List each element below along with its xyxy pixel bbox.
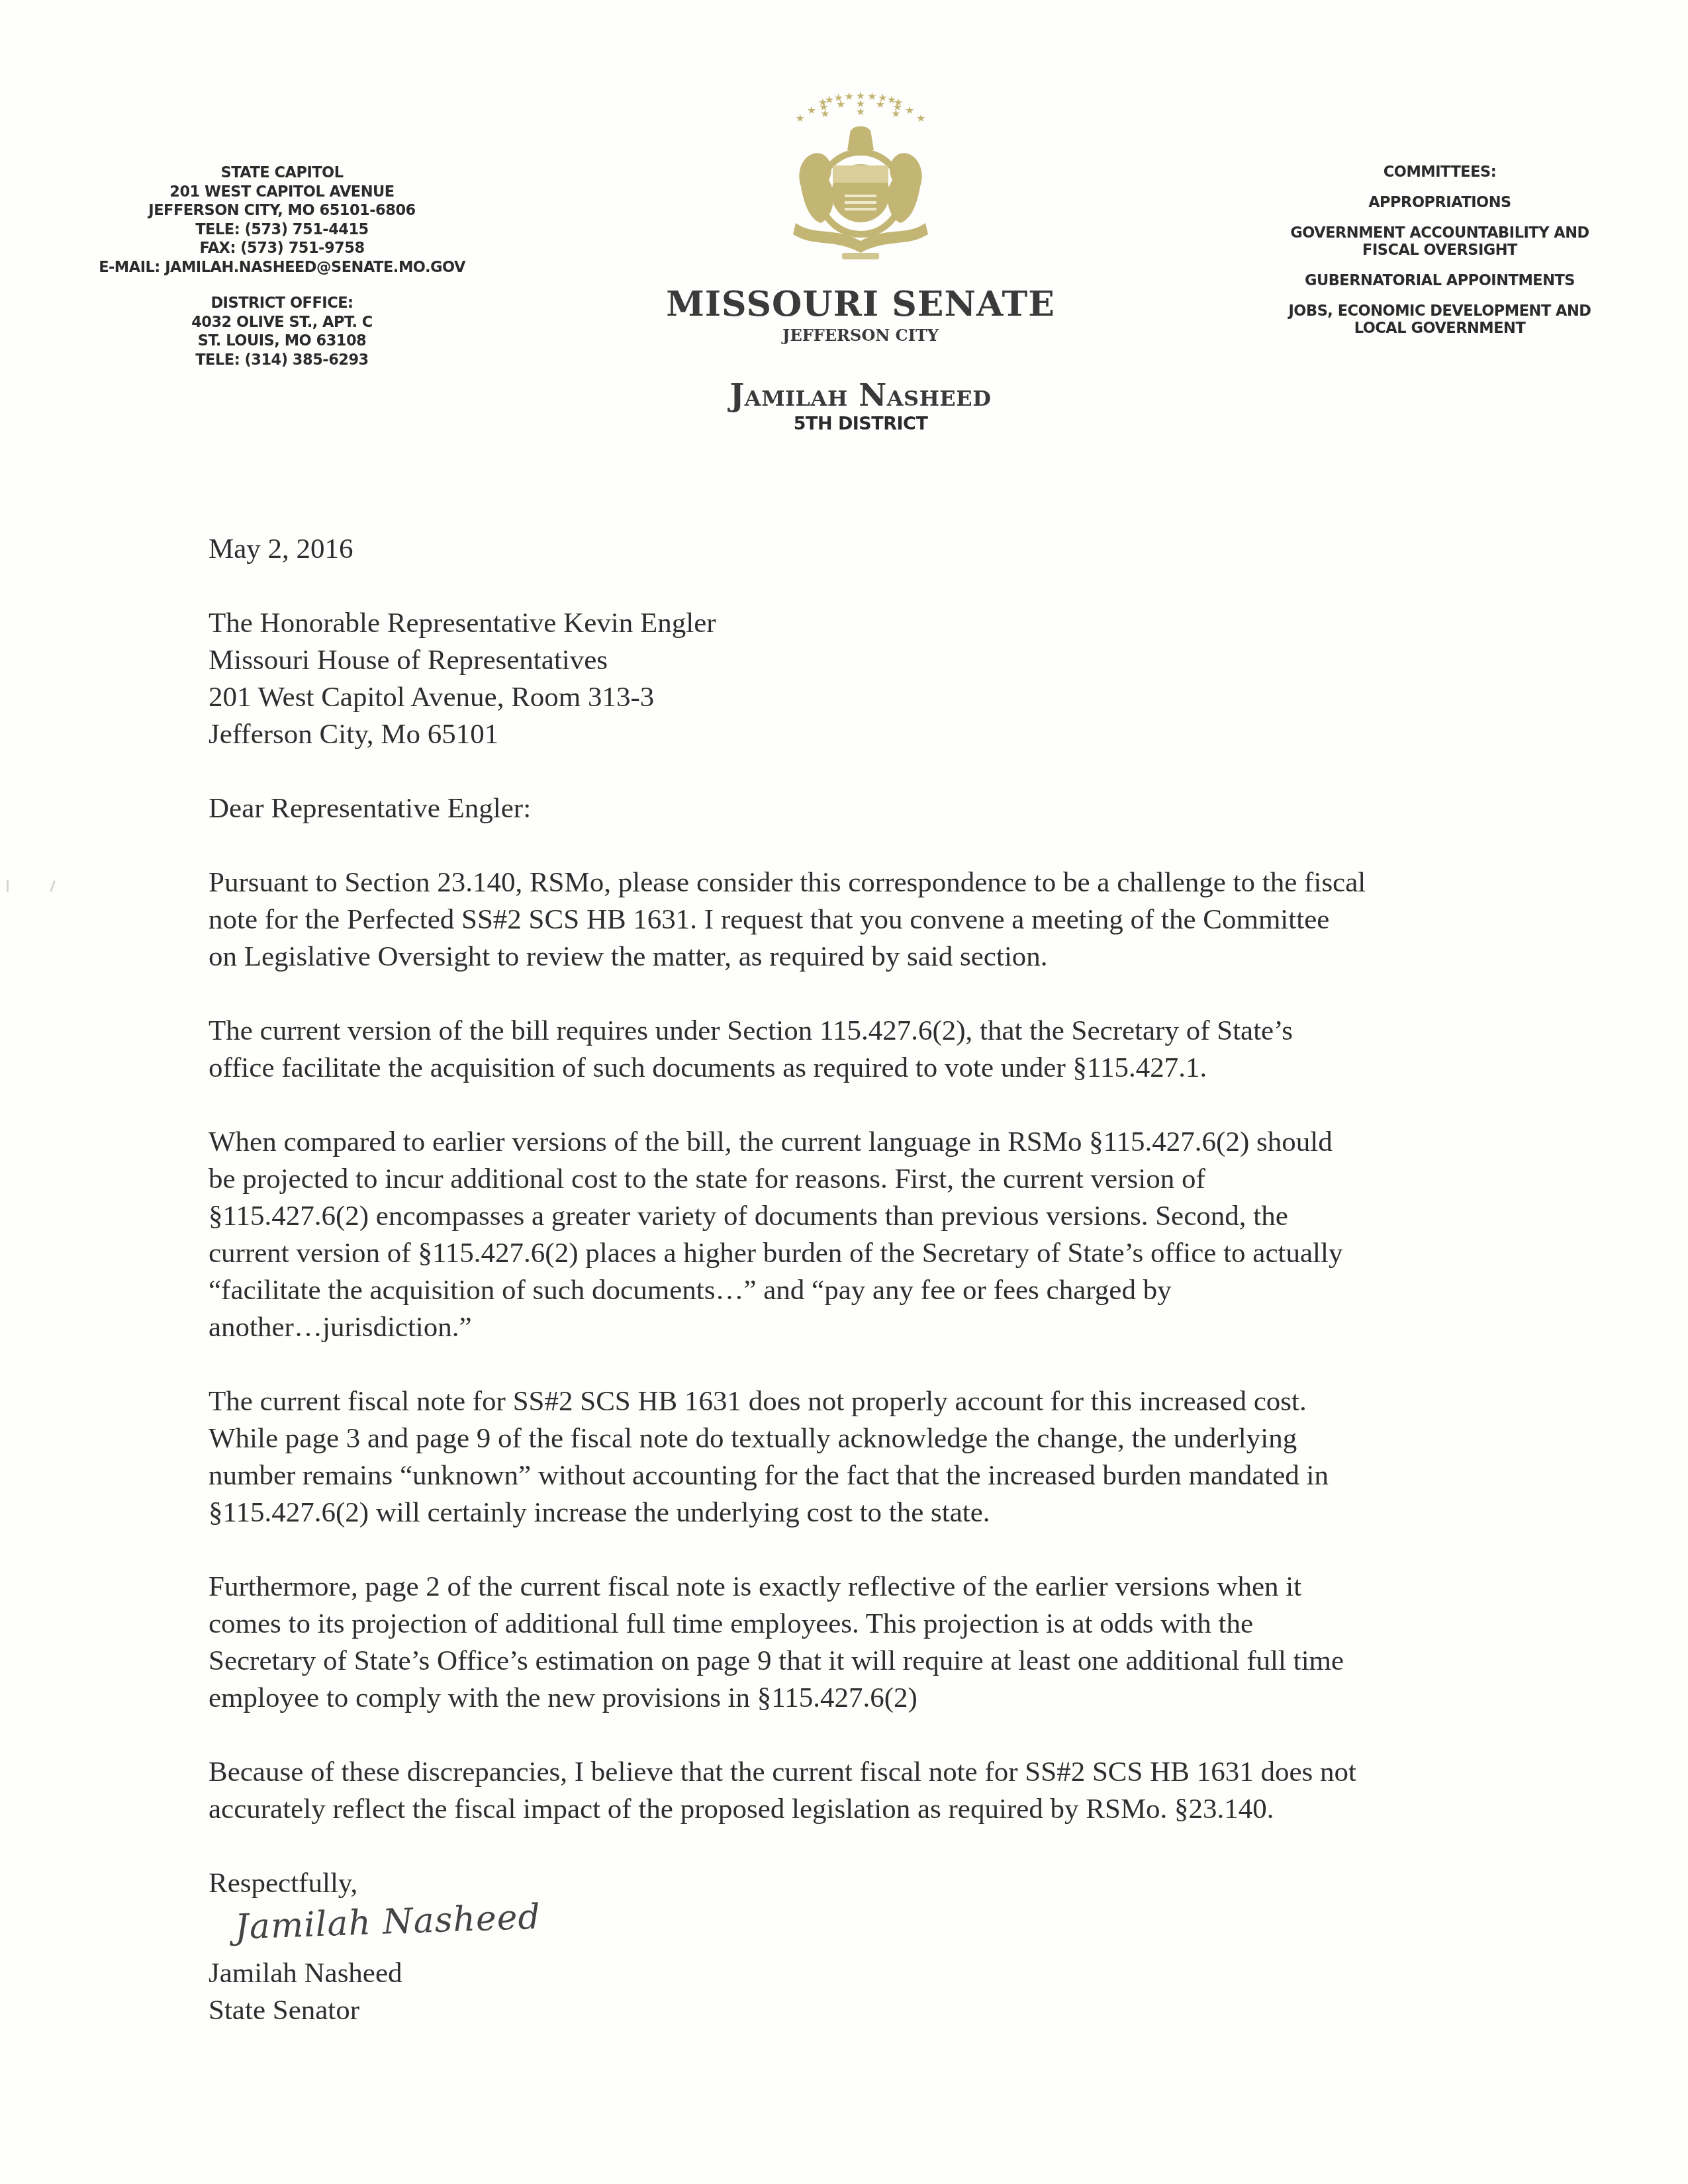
letter-body: May 2, 2016 The Honorable Representative… (209, 531, 1532, 2029)
capitol-fax: FAX: (573) 751-9758 (57, 239, 507, 258)
senator-district: 5TH DISTRICT (596, 414, 1125, 434)
committees-block: COMMITTEES: APPROPRIATIONS GOVERNMENT AC… (1244, 163, 1635, 337)
recipient-address: The Honorable Representative Kevin Engle… (209, 605, 1532, 753)
chamber-city: JEFFERSON CITY (596, 326, 1125, 345)
svg-text:★: ★ (905, 105, 914, 116)
svg-text:★: ★ (844, 91, 853, 103)
district-office-label: DISTRICT OFFICE: (57, 294, 507, 313)
district-city: ST. LOUIS, MO 63108 (57, 332, 507, 351)
missouri-state-seal-icon: ★★★★★★★★★★★★★★★★★★★★★ (781, 87, 940, 266)
district-street: 4032 OLIVE ST., APT. C (57, 313, 507, 332)
committees-label: COMMITTEES: (1244, 163, 1635, 181)
body-paragraph: Because of these discrepancies, I believ… (209, 1754, 1532, 1828)
senator-name: Jamilah Nasheed (596, 377, 1125, 413)
body-paragraph: The current version of the bill requires… (209, 1013, 1532, 1087)
salutation: Dear Representative Engler: (209, 790, 1532, 827)
capitol-phone: TELE: (573) 751-4415 (57, 220, 507, 240)
recipient-line: 201 West Capitol Avenue, Room 313-3 (209, 679, 1532, 716)
body-paragraph: The current fiscal note for SS#2 SCS HB … (209, 1383, 1532, 1531)
svg-text:★: ★ (807, 105, 816, 116)
body-paragraph: When compared to earlier versions of the… (209, 1124, 1532, 1346)
body-paragraph: Furthermore, page 2 of the current fisca… (209, 1569, 1532, 1717)
capitol-email: E-MAIL: JAMILAH.NASHEED@SENATE.MO.GOV (57, 258, 507, 277)
svg-text:★: ★ (856, 107, 865, 118)
svg-text:★: ★ (836, 99, 845, 111)
svg-text:★: ★ (891, 109, 900, 120)
signer-name: Jamilah Nasheed (209, 1955, 1532, 1992)
capitol-contact-block: STATE CAPITOL 201 WEST CAPITOL AVENUE JE… (57, 163, 507, 369)
committee-item: APPROPRIATIONS (1244, 194, 1635, 211)
capitol-street: 201 WEST CAPITOL AVENUE (57, 183, 507, 202)
scan-mark (50, 880, 56, 892)
body-paragraph: Pursuant to Section 23.140, RSMo, please… (209, 864, 1532, 976)
svg-text:★: ★ (820, 109, 829, 120)
letterhead-center: MISSOURI SENATE JEFFERSON CITY Jamilah N… (596, 285, 1125, 434)
scan-mark (7, 880, 9, 892)
capitol-city: JEFFERSON CITY, MO 65101-6806 (57, 201, 507, 220)
chamber-title: MISSOURI SENATE (596, 285, 1125, 324)
svg-text:★: ★ (876, 99, 885, 111)
letter-date: May 2, 2016 (209, 531, 1532, 568)
committee-item: JOBS, ECONOMIC DEVELOPMENT AND LOCAL GOV… (1244, 302, 1635, 337)
svg-text:★: ★ (916, 113, 925, 124)
svg-text:★: ★ (796, 113, 805, 124)
capitol-office-label: STATE CAPITOL (57, 163, 507, 183)
recipient-line: The Honorable Representative Kevin Engle… (209, 605, 1532, 642)
committee-item: GUBERNATORIAL APPOINTMENTS (1244, 272, 1635, 289)
recipient-line: Jefferson City, Mo 65101 (209, 716, 1532, 753)
recipient-line: Missouri House of Representatives (209, 642, 1532, 679)
district-phone: TELE: (314) 385-6293 (57, 351, 507, 370)
signer-title: State Senator (209, 1992, 1532, 2029)
committee-item: GOVERNMENT ACCOUNTABILITY AND FISCAL OVE… (1244, 224, 1635, 259)
